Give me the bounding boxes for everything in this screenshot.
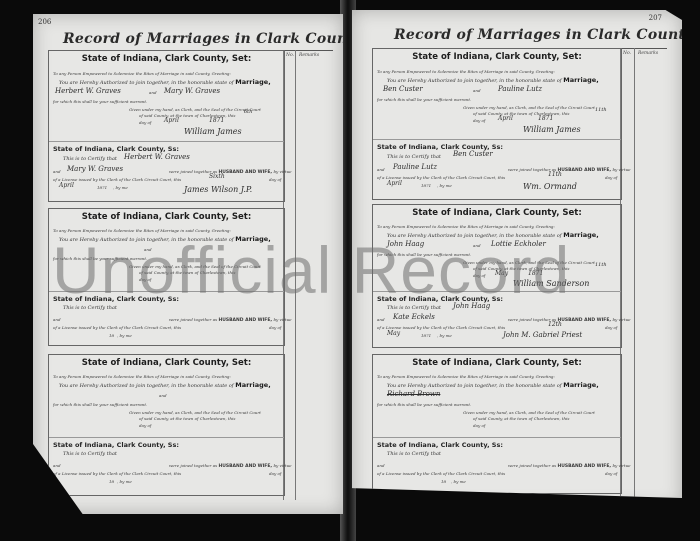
by-me-text: , by me <box>437 333 452 338</box>
joined-text: were joined together as HUSBAND AND WIFE… <box>169 317 292 323</box>
certificate-bride: Mary W. Graves <box>67 165 123 173</box>
greeting-text: To any Person Empowered to Solemnize the… <box>377 374 555 379</box>
license-text: of a License issued by the Clerk of the … <box>53 471 181 476</box>
county-text: of said County, at the town of Charlesto… <box>139 416 235 421</box>
certificate-header: State of Indiana, Clark County, Ss: <box>377 441 503 449</box>
day-of-text: day of <box>269 177 281 182</box>
and-text: and <box>149 90 157 95</box>
certify-text: This is to Certify that <box>63 156 117 162</box>
joined-text: were joined together as HUSBAND AND WIFE… <box>169 169 292 175</box>
day-of-text: day of <box>139 277 151 282</box>
groom-name: Ben Custer <box>383 85 423 93</box>
given-text: Given under my hand, as Clerk, and the S… <box>463 105 595 110</box>
authorization-line: You are Hereby Authorized to join togeth… <box>387 381 599 389</box>
and-text: and <box>144 247 152 252</box>
bride-name: Pauline Lutz <box>498 85 542 93</box>
county-text: of said County, at the town of Charlesto… <box>473 266 569 271</box>
officiant-signature: James Wilson J.P. <box>184 185 252 194</box>
certificate-month: May <box>387 330 400 337</box>
page-title: Record of Marriages in Clark County. <box>63 31 366 47</box>
certificate-day: 12th <box>548 321 562 328</box>
joined-text: were joined together as HUSBAND AND WIFE… <box>508 167 631 173</box>
greeting-text: To any Person Empowered to Solemnize the… <box>377 69 555 74</box>
by-me-text: , by me <box>113 185 128 190</box>
license-month: May <box>495 270 508 277</box>
and-text: and <box>377 317 385 322</box>
certify-text: This is to Certify that <box>387 305 441 311</box>
given-text: Given under my hand, as Clerk, and the S… <box>463 260 595 265</box>
marriage-record: State of Indiana, Clark County, Set: To … <box>372 354 622 494</box>
county-text: of said County, at the town of Charlesto… <box>473 416 569 421</box>
given-text: Given under my hand, as Clerk, and the S… <box>463 410 595 415</box>
warrant-text: for which this shall be your sufficient … <box>53 256 147 261</box>
by-me-text: , by me <box>117 479 132 484</box>
and-text: and <box>53 169 61 174</box>
right-page: 207 Record of Marriages in Clark County.… <box>352 10 682 508</box>
section-divider <box>373 291 621 292</box>
certificate-month: April <box>387 180 402 187</box>
struck-groom-name: Richard Brown <box>387 390 440 398</box>
certificate-day: 11th <box>548 171 562 178</box>
day-of-text: day of <box>605 471 617 476</box>
year-text: 18 <box>441 479 446 484</box>
license-header: State of Indiana, Clark County, Set: <box>373 358 621 368</box>
year-text: 18 <box>109 333 114 338</box>
section-divider <box>49 291 284 292</box>
and-text: and <box>473 88 481 93</box>
license-year: 1871 <box>538 115 553 122</box>
by-me-text: , by me <box>437 183 452 188</box>
marriage-record: State of Indiana, Clark County, Set: To … <box>372 204 622 348</box>
page-number: 207 <box>649 14 662 22</box>
column-header-remarks: Remarks <box>638 51 658 56</box>
license-year: 1871 <box>209 117 224 124</box>
warrant-text: for which this shall be your sufficient … <box>53 99 147 104</box>
page-title: Record of Marriages in Clark County. <box>394 27 697 43</box>
day-of-text: day of <box>139 423 151 428</box>
and-text: and <box>159 393 167 398</box>
authorization-line: You are Hereby Authorized to join togeth… <box>387 76 599 84</box>
license-text: of a License issued by the Clerk of the … <box>377 471 505 476</box>
county-text: of said County, at the town of Charlesto… <box>473 111 569 116</box>
authorization-line: You are Hereby Authorized to join togeth… <box>59 78 271 86</box>
greeting-text: To any Person Empowered to Solemnize the… <box>53 374 231 379</box>
warrant-text: for which this shall be your sufficient … <box>377 402 471 407</box>
greeting-text: To any Person Empowered to Solemnize the… <box>53 228 231 233</box>
page-number: 206 <box>38 18 51 26</box>
warrant-text: for which this shall be your sufficient … <box>377 252 471 257</box>
marriage-record: State of Indiana, Clark County, Set: To … <box>48 208 285 346</box>
section-divider <box>49 437 284 438</box>
authorization-line: You are Hereby Authorized to join togeth… <box>387 231 599 239</box>
given-text: Given under my hand, as Clerk, and the S… <box>129 264 261 269</box>
day-of-text: day of <box>473 118 485 123</box>
certify-text: This is to Certify that <box>63 451 117 457</box>
column-header-no: No. <box>286 53 294 58</box>
marriage-record: State of Indiana, Clark County, Set: To … <box>48 50 285 202</box>
license-day: 11th <box>595 262 607 268</box>
license-month: April <box>164 117 179 124</box>
license-month: April <box>498 115 513 122</box>
by-me-text: , by me <box>117 333 132 338</box>
authorization-line: You are Hereby Authorized to join togeth… <box>59 381 271 389</box>
certify-text: This is to Certify that <box>387 154 441 160</box>
officiant-signature: John M. Gabriel Priest <box>503 331 582 339</box>
day-of-text: day of <box>473 273 485 278</box>
greeting-text: To any Person Empowered to Solemnize the… <box>377 224 555 229</box>
bride-name: Lottie Eckholer <box>491 240 546 248</box>
day-of-text: day of <box>269 471 281 476</box>
certificate-year: 1871 <box>97 185 107 190</box>
day-of-text: day of <box>605 175 617 180</box>
and-text: and <box>377 463 385 468</box>
column-header-remarks: Remarks <box>299 53 319 58</box>
license-header: State of Indiana, Clark County, Set: <box>373 52 621 62</box>
certificate-groom: John Haag <box>453 302 490 310</box>
marriage-record: State of Indiana, Clark County, Set: To … <box>48 354 285 496</box>
license-text: of a License issued by the Clerk of the … <box>53 325 181 330</box>
joined-text: were joined together as HUSBAND AND WIFE… <box>508 317 631 323</box>
authorization-line: You are Hereby Authorized to join togeth… <box>59 235 271 243</box>
day-of-text: day of <box>139 120 151 125</box>
day-of-text: day of <box>605 325 617 330</box>
warrant-text: for which this shall be your sufficient … <box>377 97 471 102</box>
joined-text: were joined together as HUSBAND AND WIFE… <box>508 463 631 469</box>
certificate-year: 1871 <box>421 183 431 188</box>
groom-name: Herbert W. Graves <box>55 87 121 95</box>
groom-name: John Haag <box>387 240 424 248</box>
license-header: State of Indiana, Clark County, Set: <box>373 208 621 218</box>
license-header: State of Indiana, Clark County, Set: <box>49 358 284 368</box>
clerk-signature: William James <box>184 127 242 136</box>
joined-text: were joined together as HUSBAND AND WIFE… <box>169 463 292 469</box>
county-text: of said County, at the town of Charlesto… <box>139 270 235 275</box>
by-me-text: , by me <box>451 479 466 484</box>
and-text: and <box>377 167 385 172</box>
clerk-signature: William Sanderson <box>513 279 589 288</box>
license-day: 6th <box>244 109 252 115</box>
warrant-text: for which this shall be your sufficient … <box>53 402 147 407</box>
given-text: Given under my hand, as Clerk, and the S… <box>129 410 261 415</box>
given-text: Given under my hand, as Clerk, and the S… <box>129 107 261 112</box>
year-text: 18 <box>109 479 114 484</box>
clerk-signature: William James <box>523 125 581 134</box>
certificate-day: Sixth <box>209 173 225 180</box>
license-header: State of Indiana, Clark County, Set: <box>49 54 284 64</box>
certificate-year: 1871 <box>421 333 431 338</box>
license-year: 1871 <box>528 270 543 277</box>
certificate-header: State of Indiana, Clark County, Ss: <box>53 145 179 153</box>
license-day: 11th <box>595 107 607 113</box>
and-text: and <box>53 463 61 468</box>
certificate-bride: Pauline Lutz <box>393 163 437 171</box>
certificate-header: State of Indiana, Clark County, Ss: <box>53 295 179 303</box>
column-divider <box>634 48 635 498</box>
day-of-text: day of <box>269 325 281 330</box>
bride-name: Mary W. Graves <box>164 87 220 95</box>
and-text: and <box>473 243 481 248</box>
certificate-bride: Kate Eckels <box>393 313 435 321</box>
certificate-groom: Herbert W. Graves <box>124 153 190 161</box>
section-divider <box>373 139 621 140</box>
certificate-groom: Ben Custer <box>453 150 493 158</box>
certify-text: This is to Certify that <box>387 451 441 457</box>
certificate-header: State of Indiana, Clark County, Ss: <box>53 441 179 449</box>
marriage-record: State of Indiana, Clark County, Set: To … <box>372 48 622 200</box>
column-divider <box>295 50 296 500</box>
license-header: State of Indiana, Clark County, Set: <box>49 212 284 222</box>
left-page: 206 Record of Marriages in Clark County.… <box>33 14 343 514</box>
officiant-signature: Wm. Ormand <box>523 182 577 191</box>
and-text: and <box>53 317 61 322</box>
day-of-text: day of <box>473 423 485 428</box>
column-header-no: No. <box>623 51 631 56</box>
certify-text: This is to Certify that <box>63 305 117 311</box>
section-divider <box>49 141 284 142</box>
certificate-month: April <box>59 182 74 189</box>
greeting-text: To any Person Empowered to Solemnize the… <box>53 71 231 76</box>
section-divider <box>373 437 621 438</box>
